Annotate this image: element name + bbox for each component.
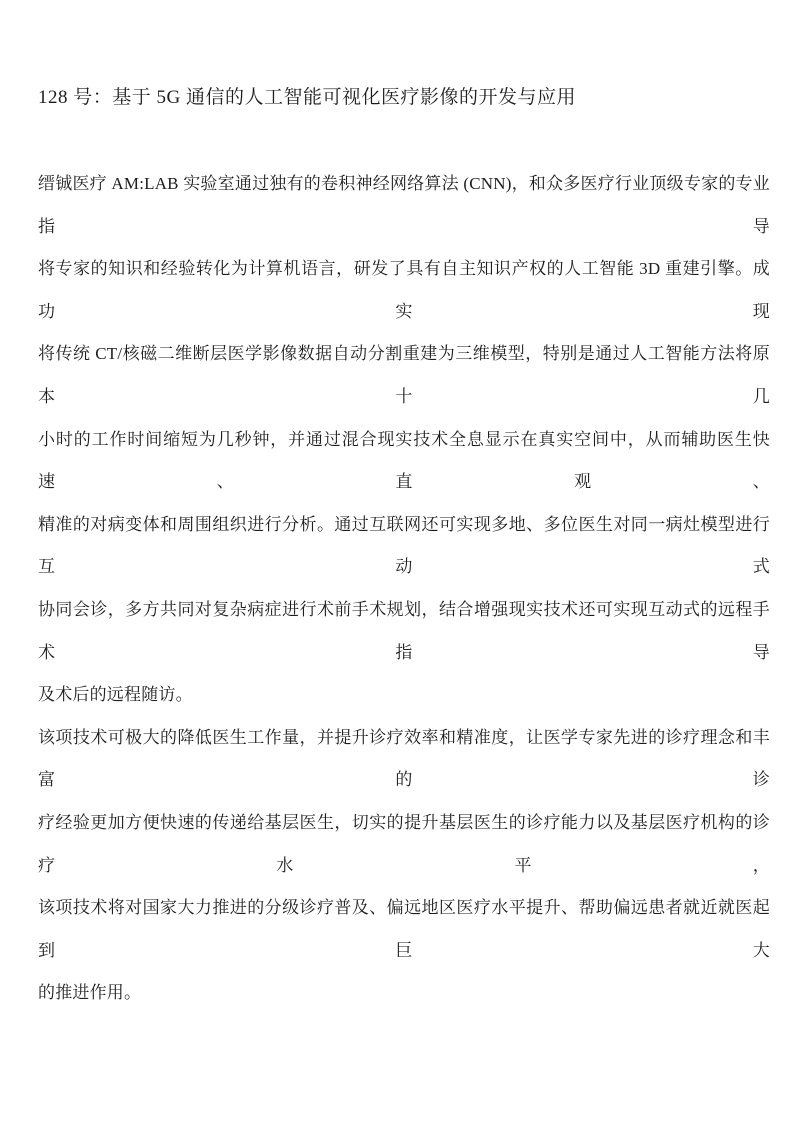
text-line: 小时的工作时间缩短为几秒钟，并通过混合现实技术全息显示在真实空间中，从而辅助医生…: [38, 419, 770, 504]
text-line: 缙铖医疗 AM:LAB 实验室通过独有的卷积神经网络算法 (CNN)，和众多医疗…: [38, 163, 770, 248]
paragraph-1: 缙铖医疗 AM:LAB 实验室通过独有的卷积神经网络算法 (CNN)，和众多医疗…: [38, 163, 770, 717]
document-title: 128 号：基于 5G 通信的人工智能可视化医疗影像的开发与应用: [38, 86, 770, 110]
paragraph-2: 该项技术可极大的降低医生工作量，并提升诊疗效率和精准度，让医学专家先进的诊疗理念…: [38, 717, 770, 1015]
text-line: 及术后的远程随访。: [38, 674, 770, 717]
text-line: 疗经验更加方便快速的传递给基层医生，切实的提升基层医生的诊疗能力以及基层医疗机构…: [38, 802, 770, 887]
document-page: 128 号：基于 5G 通信的人工智能可视化医疗影像的开发与应用 缙铖医疗 AM…: [0, 0, 800, 1131]
text-line: 该项技术将对国家大力推进的分级诊疗普及、偏远地区医疗水平提升、帮助偏远患者就近就…: [38, 887, 770, 972]
text-line: 该项技术可极大的降低医生工作量，并提升诊疗效率和精准度，让医学专家先进的诊疗理念…: [38, 717, 770, 802]
text-line: 协同会诊，多方共同对复杂病症进行术前手术规划，结合增强现实技术还可实现互动式的远…: [38, 589, 770, 674]
text-line: 将专家的知识和经验转化为计算机语言，研发了具有自主知识产权的人工智能 3D 重建…: [38, 248, 770, 333]
text-line: 将传统 CT/核磁二维断层医学影像数据自动分割重建为三维模型，特别是通过人工智能…: [38, 333, 770, 418]
text-line: 的推进作用。: [38, 972, 770, 1015]
text-line: 精准的对病变体和周围组织进行分析。通过互联网还可实现多地、多位医生对同一病灶模型…: [38, 504, 770, 589]
document-body: 缙铖医疗 AM:LAB 实验室通过独有的卷积神经网络算法 (CNN)，和众多医疗…: [38, 163, 770, 1015]
